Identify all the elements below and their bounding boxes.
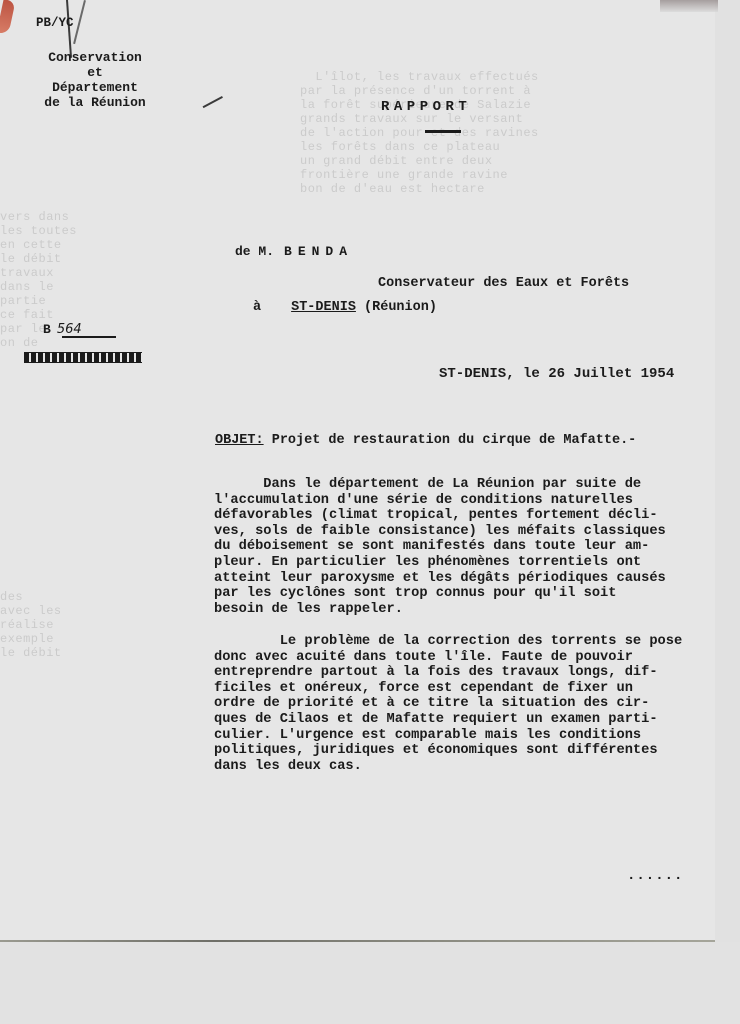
location-prefix: à: [253, 300, 261, 315]
reference-underline: [62, 336, 116, 338]
sender-line: Département: [0, 80, 190, 95]
date-line: ST-DENIS, le 26 Juillet 1954: [439, 366, 674, 382]
text-line: atteint leur paroxysme et les dégâts pér…: [214, 571, 714, 587]
text-line: politiques, juridiques et économiques so…: [214, 743, 714, 759]
reference-prefix: B: [43, 322, 51, 337]
author-line: de M.BENDA: [235, 244, 353, 259]
text-line: culier. L'urgence est comparable mais le…: [214, 728, 714, 744]
author-title: Conservateur des Eaux et Forêts: [378, 276, 629, 291]
bleed-through-text-left-2: des avec les réalise exemple le débit: [0, 590, 62, 660]
text-line: entreprendre partout à la fois des trava…: [214, 665, 714, 681]
sender-line: de la Réunion: [0, 95, 190, 110]
author-prefix: de M.: [235, 244, 274, 259]
text-line: ficiles et onéreux, force est cependant …: [214, 681, 714, 697]
text-line: pleur. En particulier les phénomènes tor…: [214, 555, 714, 571]
subject-text: Projet de restauration du cirque de Mafa…: [272, 433, 637, 448]
struck-out-text: [24, 352, 142, 363]
reference-number: B564: [43, 322, 82, 337]
text-line: l'accumulation d'une série de conditions…: [214, 493, 714, 509]
text-line: ques de Cilaos et de Mafatte requiert un…: [214, 712, 714, 728]
text-line: dans les deux cas.: [214, 759, 714, 775]
location-line: àST-DENIS (Réunion): [253, 300, 437, 315]
text-line: du déboisement se sont manifestés dans t…: [214, 539, 714, 555]
reference-initials: PB/YC: [36, 16, 74, 30]
scan-margin-bottom: [0, 942, 740, 1024]
heading-underline: [425, 130, 461, 133]
author-name: BENDA: [284, 244, 353, 259]
text-line: par les cyclônes sont trop connus pour q…: [214, 586, 714, 602]
text-line: défavorables (climat tropical, pentes fo…: [214, 508, 714, 524]
location-city: ST-DENIS: [291, 300, 356, 315]
document-type-heading: RAPPORT: [381, 99, 471, 115]
text-line: donc avec acuité dans toute l'île. Faute…: [214, 650, 714, 666]
subject-line: OBJET: Projet de restauration du cirque …: [215, 433, 636, 448]
text-line: ordre de priorité et à ce titre la situa…: [214, 696, 714, 712]
paragraph-1: Dans le département de La Réunion par su…: [214, 477, 714, 617]
scan-margin-right: [715, 0, 740, 1024]
scan-smudge: [660, 0, 718, 12]
subject-label: OBJET:: [215, 433, 264, 448]
text-line: ves, sols de faible consistance) les méf…: [214, 524, 714, 540]
text-line: Dans le département de La Réunion par su…: [214, 477, 714, 493]
location-region: (Réunion): [364, 300, 437, 315]
sender-block: Conservation et Département de la Réunio…: [0, 50, 190, 110]
handwritten-number: 564: [57, 322, 82, 337]
text-line: Le problème de la correction des torrent…: [214, 634, 714, 650]
sender-line: et: [0, 65, 190, 80]
paragraph-2: Le problème de la correction des torrent…: [214, 634, 714, 774]
text-line: besoin de les rappeler.: [214, 602, 714, 618]
sender-line: Conservation: [0, 50, 190, 65]
bleed-through-text: L'îlot, les travaux effectués par la pré…: [300, 70, 539, 196]
continuation-mark: ......: [627, 868, 683, 884]
